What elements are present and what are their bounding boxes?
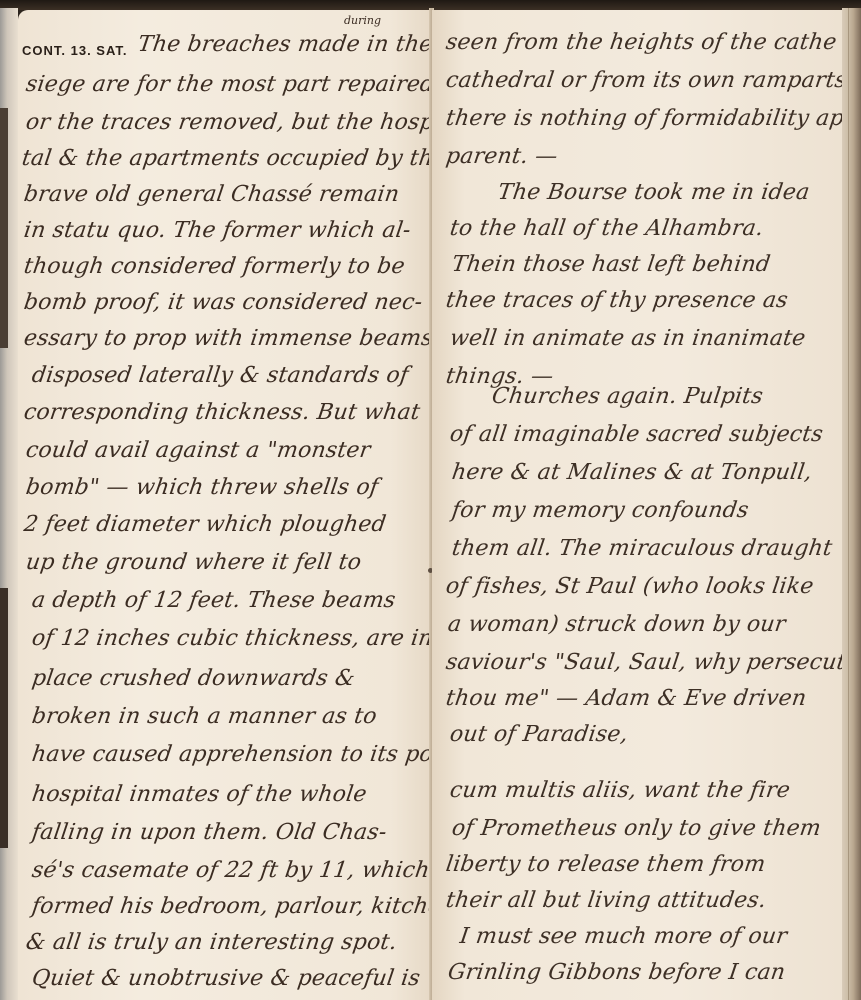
left-page: CONT. 13. SAT. during The breaches made …	[18, 10, 432, 1000]
text-line: to the hall of the Alhambra.	[448, 216, 765, 241]
text-line: I must see much more of our	[458, 924, 789, 949]
entry-date-heading: CONT. 13. SAT.	[22, 43, 128, 58]
text-line: a woman) struck down by our	[446, 612, 787, 637]
text-line: Churches again. Pulpits	[490, 384, 764, 409]
text-line: corresponding thickness. But what	[22, 400, 421, 425]
page-edge-line	[848, 8, 849, 1000]
text-line: have caused apprehension to its poor	[30, 742, 432, 767]
text-line: 2 feet diameter which ploughed	[22, 512, 387, 537]
right-page-stack-edge	[842, 8, 861, 1000]
text-line: liberty to release them from	[444, 852, 767, 877]
text-line: Grinling Gibbons before I can	[446, 960, 787, 985]
text-line: of 12 inches cubic thickness, are in	[30, 626, 432, 651]
text-line: brave old general Chassé remain	[22, 182, 401, 207]
text-line: The Bourse took me in idea	[496, 180, 811, 205]
text-line: thou me" — Adam & Eve driven	[444, 686, 808, 711]
text-line: or the traces removed, but the hospi-	[24, 110, 432, 135]
text-line: hospital inmates of the whole	[30, 782, 368, 807]
text-line: essary to prop with immense beams	[22, 326, 432, 351]
text-line: a depth of 12 feet. These beams	[30, 588, 397, 613]
text-line: Quiet & unobtrusive & peaceful is	[30, 966, 422, 991]
text-line: cum multis aliis, want the fire	[448, 778, 791, 803]
text-line: there is nothing of formidability ap-	[444, 106, 842, 131]
text-line: tal & the apartments occupied by the	[20, 146, 432, 171]
text-line: bomb proof, it was considered nec-	[22, 290, 424, 315]
text-line: though considered formerly to be	[22, 254, 406, 279]
text-line: broken in such a manner as to	[30, 704, 378, 729]
text-line: formed his bedroom, parlour, kitchen	[30, 894, 432, 919]
text-line: out of Paradise,	[448, 722, 629, 747]
text-line: of fishes, St Paul (who looks like	[444, 574, 815, 599]
text-line: siege are for the most part repaired	[24, 72, 432, 97]
text-line: their all but living attitudes.	[444, 888, 768, 913]
text-line: falling in upon them. Old Chas-	[30, 820, 388, 845]
cover-shadow	[0, 588, 8, 848]
cover-shadow	[0, 108, 8, 348]
text-line: well in animate as in inanimate	[448, 326, 807, 351]
text-line: place crushed downwards &	[30, 666, 356, 691]
text-line: sé's casemate of 22 ft by 11, which	[30, 858, 431, 883]
text-line: here & at Malines & at Tonpull,	[450, 460, 813, 485]
text-line: thee traces of thy presence as	[444, 288, 789, 313]
text-line: of Prometheus only to give them	[450, 816, 822, 841]
text-line: bomb" — which threw shells of	[24, 475, 380, 500]
text-line: them all. The miraculous draught	[450, 536, 834, 561]
left-page-stack-edge	[0, 8, 18, 1000]
text-line: up the ground where it fell to	[24, 550, 363, 575]
text-line: parent. —	[444, 144, 559, 169]
text-line: The breaches made in the	[136, 32, 432, 57]
text-line: & all is truly an interesting spot.	[24, 930, 398, 955]
right-page: seen from the heights of the cathe cathe…	[432, 10, 842, 1000]
text-line: in statu quo. The former which al-	[22, 218, 412, 243]
journal-spread: CONT. 13. SAT. during The breaches made …	[0, 0, 861, 1000]
text-line: cathedral or from its own ramparts,	[444, 68, 842, 93]
text-line: for my memory confounds	[450, 498, 750, 523]
text-line: of all imaginable sacred subjects	[448, 422, 824, 447]
text-line: saviour's "Saul, Saul, why persecute	[444, 650, 842, 675]
text-line: disposed laterally & standards of	[30, 363, 410, 388]
text-line: could avail against a "monster	[24, 438, 372, 463]
text-line: seen from the heights of the cathe	[444, 30, 838, 55]
interlinear-insertion: during	[344, 14, 381, 27]
text-line: Thein those hast left behind	[450, 252, 772, 277]
